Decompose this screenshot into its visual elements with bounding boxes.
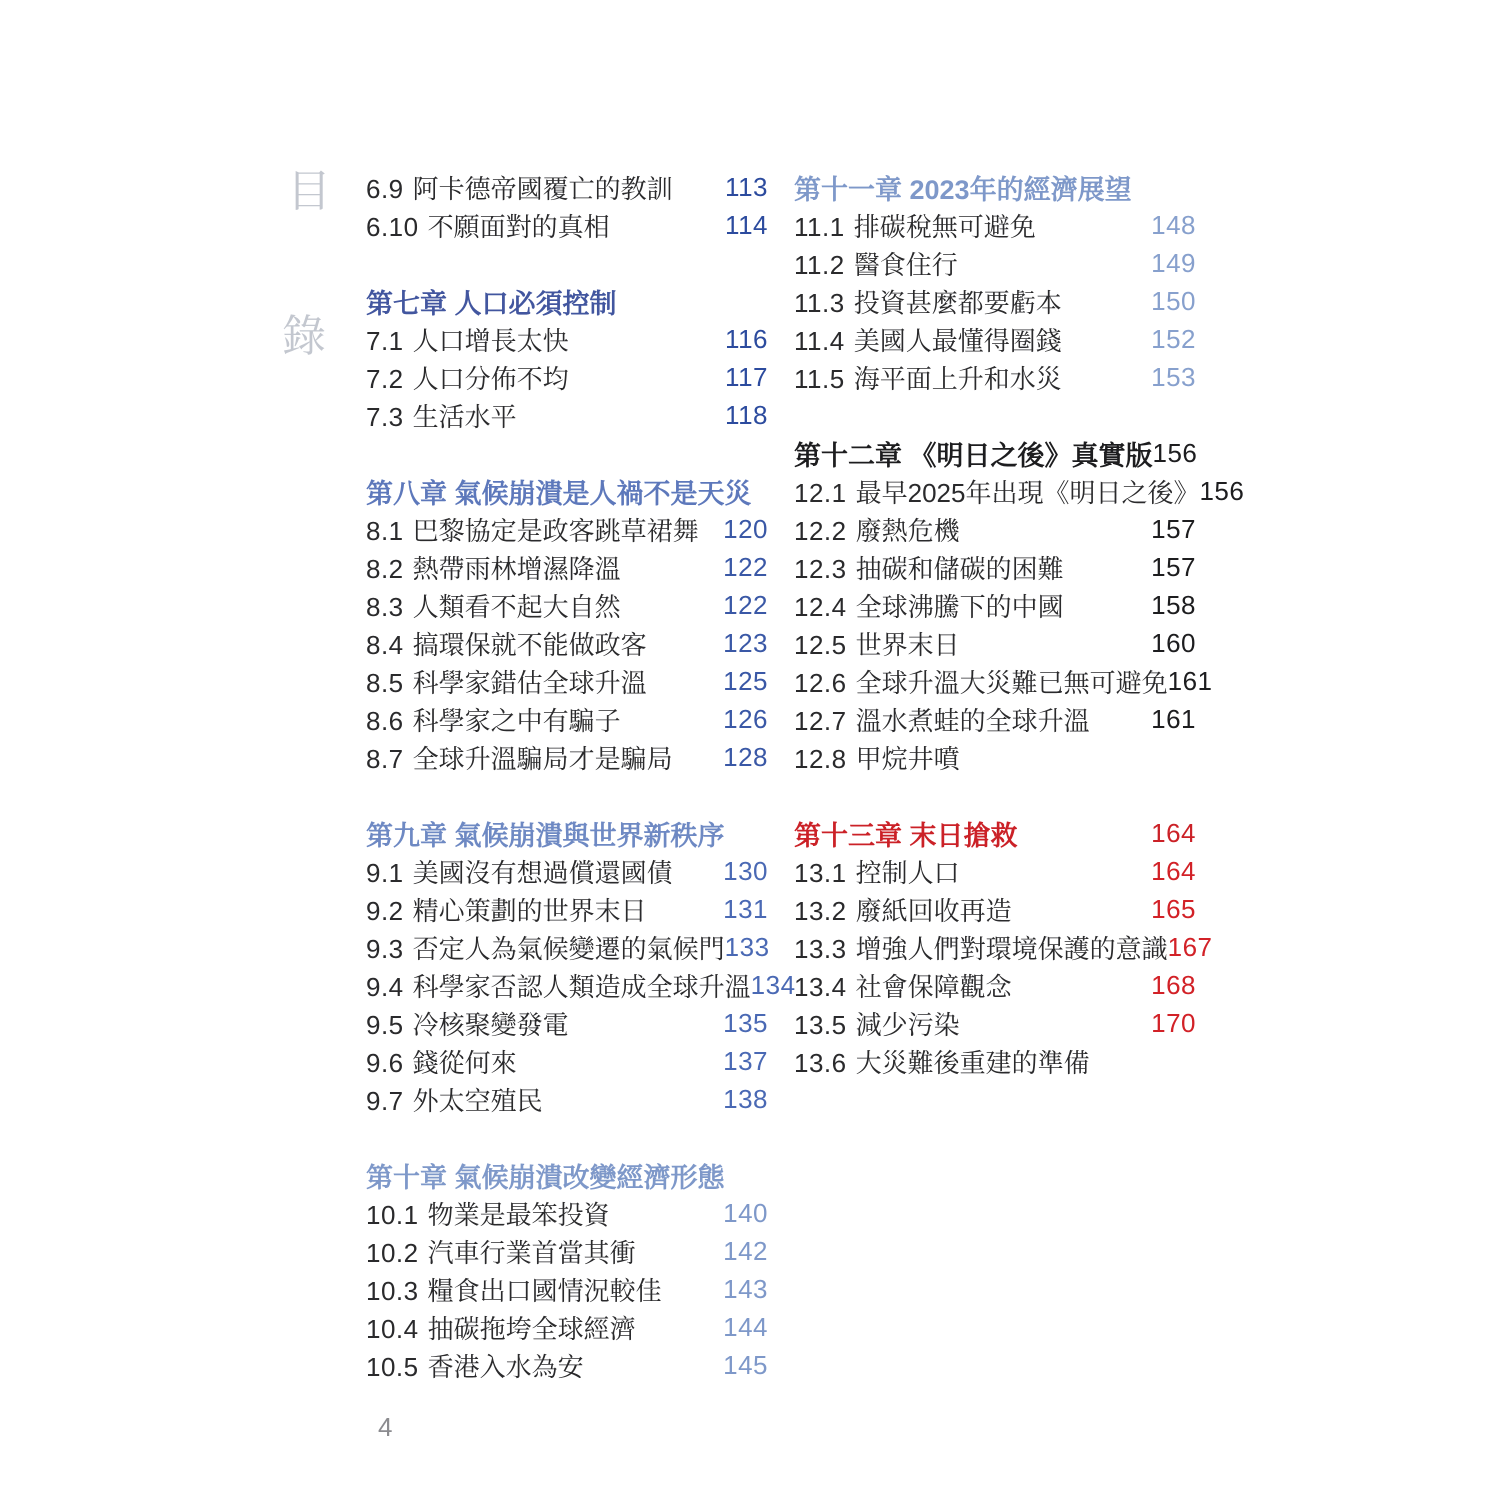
toc-entry-number: 12.5 (794, 630, 847, 660)
toc-entry-page: 160 (1151, 628, 1196, 659)
toc-entry-title: 全球升溫大災難已無可避免 (856, 668, 1168, 698)
toc-entry-number: 11.3 (794, 288, 845, 318)
toc-entry-number: 10.5 (366, 1352, 419, 1382)
toc-entry-page: 142 (723, 1236, 768, 1267)
chapter-heading: 第十章 氣候崩潰改變經濟形態 (366, 1156, 768, 1194)
toc-entry-page: 137 (723, 1046, 768, 1077)
toc-entry-number: 11.2 (794, 250, 845, 280)
toc-entry: 12.3抽碳和儲碳的困難157 (794, 548, 1196, 586)
toc-entry: 8.4搞環保就不能做政客123 (366, 624, 768, 662)
toc-entry-title: 科學家否認人類造成全球升溫 (413, 972, 751, 1002)
toc-entry: 9.1美國沒有想過償還國債130 (366, 852, 768, 890)
toc-entry-number: 10.2 (366, 1238, 419, 1268)
toc-entry: 11.2醫食住行149 (794, 244, 1196, 282)
toc-entry: 13.6大災難後重建的準備 (794, 1042, 1196, 1080)
chapter-heading-page: 164 (1151, 818, 1196, 849)
toc-entry-title: 抽碳和儲碳的困難 (856, 554, 1064, 584)
toc-entry-title: 人口分佈不均 (413, 364, 569, 394)
toc-entry-page: 122 (723, 590, 768, 621)
toc-entry-page: 148 (1151, 210, 1196, 241)
toc-entry: 12.7溫水煮蛙的全球升溫161 (794, 700, 1196, 738)
toc-entry-title: 廢熱危機 (856, 516, 960, 546)
toc-entry: 9.6錢從何來137 (366, 1042, 768, 1080)
toc-entry: 12.1最早2025年出現《明日之後》156 (794, 472, 1196, 510)
toc-entry: 12.6全球升溫大災難已無可避免161 (794, 662, 1196, 700)
toc-entry-number: 12.7 (794, 706, 847, 736)
toc-entry: 6.9阿卡德帝國覆亡的教訓113 (366, 168, 768, 206)
toc-entry-title: 糧食出口國情況較佳 (428, 1276, 662, 1306)
toc-entry: 8.5科學家錯估全球升溫125 (366, 662, 768, 700)
toc-entry-title: 廢紙回收再造 (856, 896, 1012, 926)
toc-entry-page: 161 (1151, 704, 1196, 735)
toc-entry-page: 138 (723, 1084, 768, 1115)
toc-entry-title: 熱帶雨林增濕降溫 (413, 554, 621, 584)
toc-entry-page: 164 (1151, 856, 1196, 887)
toc-entry-title: 增強人們對環境保護的意識 (856, 934, 1168, 964)
toc-entry-title: 科學家錯估全球升溫 (413, 668, 647, 698)
toc-entry: 11.5海平面上升和水災153 (794, 358, 1196, 396)
toc-entry-page: 158 (1151, 590, 1196, 621)
toc-entry-title: 美國沒有想過償還國債 (413, 858, 673, 888)
toc-entry-number: 9.4 (366, 972, 404, 1002)
toc-entry-number: 9.3 (366, 934, 404, 964)
toc-entry-page: 126 (723, 704, 768, 735)
toc-entry-page: 122 (723, 552, 768, 583)
toc-entry-page: 128 (723, 742, 768, 773)
chapter-heading: 第八章 氣候崩潰是人禍不是天災 (366, 472, 768, 510)
toc-column-right: 第十一章 2023年的經濟展望11.1排碳稅無可避免14811.2醫食住行149… (794, 168, 1196, 1080)
toc-entry: 11.1排碳稅無可避免148 (794, 206, 1196, 244)
toc-entry-page: 157 (1151, 514, 1196, 545)
toc-entry: 12.8甲烷井噴 (794, 738, 1196, 776)
toc-entry-title: 巴黎協定是政客跳草裙舞 (413, 516, 699, 546)
toc-entry: 13.5減少污染170 (794, 1004, 1196, 1042)
toc-entry-number: 7.2 (366, 364, 404, 394)
chapter-heading-page: 156 (1153, 438, 1198, 469)
toc-entry-number: 8.6 (366, 706, 404, 736)
toc-entry-title: 減少污染 (856, 1010, 960, 1040)
toc-entry-number: 12.1 (794, 478, 847, 508)
toc-entry-page: 145 (723, 1350, 768, 1381)
toc-entry-page: 140 (723, 1198, 768, 1229)
toc-entry-title: 人口增長太快 (413, 326, 569, 356)
toc-entry-number: 11.4 (794, 326, 845, 356)
toc-entry-number: 8.1 (366, 516, 404, 546)
toc-entry-title: 世界末日 (856, 630, 960, 660)
toc-entry-page: 157 (1151, 552, 1196, 583)
toc-entry-page: 150 (1151, 286, 1196, 317)
toc-entry-title: 精心策劃的世界末日 (413, 896, 647, 926)
page-number: 4 (378, 1412, 392, 1443)
toc-entry: 8.2熱帶雨林增濕降溫122 (366, 548, 768, 586)
toc-page: 目 錄 6.9阿卡德帝國覆亡的教訓1136.10不願面對的真相114第七章 人口… (0, 0, 1500, 1500)
toc-entry-page: 117 (725, 362, 768, 393)
chapter-heading: 第七章 人口必須控制 (366, 282, 768, 320)
toc-entry: 9.7外太空殖民138 (366, 1080, 768, 1118)
toc-entry-page: 133 (725, 932, 770, 963)
toc-entry-title: 控制人口 (856, 858, 960, 888)
toc-entry-title: 人類看不起大自然 (413, 592, 621, 622)
toc-entry-title: 汽車行業首當其衝 (428, 1238, 636, 1268)
toc-section: 6.9阿卡德帝國覆亡的教訓1136.10不願面對的真相114 (366, 168, 768, 244)
toc-entry-page: 113 (725, 172, 768, 203)
toc-entry: 9.5冷核聚變發電135 (366, 1004, 768, 1042)
toc-entry: 8.7全球升溫騙局才是騙局128 (366, 738, 768, 776)
toc-entry-title: 抽碳拖垮全球經濟 (428, 1314, 636, 1344)
toc-entry-title: 不願面對的真相 (428, 212, 610, 242)
toc-section: 第十二章 《明日之後》真實版15612.1最早2025年出現《明日之後》1561… (794, 434, 1196, 776)
toc-entry-title: 美國人最懂得圈錢 (854, 326, 1062, 356)
chapter-heading-text: 第八章 氣候崩潰是人禍不是天災 (366, 472, 752, 511)
toc-entry-title: 物業是最笨投資 (428, 1200, 610, 1230)
toc-column-left: 6.9阿卡德帝國覆亡的教訓1136.10不願面對的真相114第七章 人口必須控制… (366, 168, 768, 1384)
toc-entry-title: 否定人為氣候變遷的氣候門 (413, 934, 725, 964)
toc-entry-title: 外太空殖民 (413, 1086, 543, 1116)
toc-entry-title: 社會保障觀念 (856, 972, 1012, 1002)
toc-entry-number: 7.1 (366, 326, 404, 356)
toc-entry-page: 114 (725, 210, 768, 241)
toc-section: 第十章 氣候崩潰改變經濟形態10.1物業是最笨投資14010.2汽車行業首當其衝… (366, 1156, 768, 1384)
toc-entry-number: 13.1 (794, 858, 847, 888)
toc-entry: 10.2汽車行業首當其衝142 (366, 1232, 768, 1270)
toc-entry-number: 10.1 (366, 1200, 419, 1230)
toc-section: 第七章 人口必須控制7.1人口增長太快1167.2人口分佈不均1177.3生活水… (366, 282, 768, 434)
toc-entry-title: 投資甚麼都要虧本 (854, 288, 1062, 318)
toc-entry-number: 13.6 (794, 1048, 847, 1078)
toc-entry-number: 7.3 (366, 402, 404, 432)
toc-entry: 12.2廢熱危機157 (794, 510, 1196, 548)
toc-entry-number: 8.5 (366, 668, 404, 698)
toc-entry-page: 131 (723, 894, 768, 925)
chapter-heading-text: 第十三章 末日搶救 (794, 814, 1018, 853)
toc-entry-title: 錢從何來 (413, 1048, 517, 1078)
toc-entry-page: 149 (1151, 248, 1196, 279)
toc-entry: 11.4美國人最懂得圈錢152 (794, 320, 1196, 358)
toc-entry: 12.4全球沸騰下的中國158 (794, 586, 1196, 624)
toc-entry-page: 135 (723, 1008, 768, 1039)
toc-entry-number: 12.2 (794, 516, 847, 546)
toc-entry-title: 甲烷井噴 (856, 744, 960, 774)
toc-entry: 10.1物業是最笨投資140 (366, 1194, 768, 1232)
toc-entry-title: 全球沸騰下的中國 (856, 592, 1064, 622)
toc-entry: 7.3生活水平118 (366, 396, 768, 434)
chapter-heading: 第十二章 《明日之後》真實版156 (794, 434, 1196, 472)
toc-entry-title: 搞環保就不能做政客 (413, 630, 647, 660)
toc-entry: 13.1控制人口164 (794, 852, 1196, 890)
toc-entry-number: 8.7 (366, 744, 404, 774)
toc-entry: 8.6科學家之中有騙子126 (366, 700, 768, 738)
toc-entry-number: 12.3 (794, 554, 847, 584)
toc-entry-number: 6.10 (366, 212, 419, 242)
toc-entry-number: 13.2 (794, 896, 847, 926)
toc-entry-page: 123 (723, 628, 768, 659)
toc-entry-number: 9.7 (366, 1086, 404, 1116)
toc-entry-number: 9.6 (366, 1048, 404, 1078)
toc-entry-page: 130 (723, 856, 768, 887)
toc-entry: 13.4社會保障觀念168 (794, 966, 1196, 1004)
toc-entry-number: 9.5 (366, 1010, 404, 1040)
toc-entry-number: 12.8 (794, 744, 847, 774)
toc-entry: 8.1巴黎協定是政客跳草裙舞120 (366, 510, 768, 548)
toc-entry-title: 全球升溫騙局才是騙局 (413, 744, 673, 774)
toc-entry-title: 海平面上升和水災 (854, 364, 1062, 394)
toc-entry-title: 科學家之中有騙子 (413, 706, 621, 736)
toc-entry: 9.4科學家否認人類造成全球升溫134 (366, 966, 768, 1004)
toc-section: 第十三章 末日搶救16413.1控制人口16413.2廢紙回收再造16513.3… (794, 814, 1196, 1080)
toc-title-char-mu: 目 (287, 170, 331, 214)
toc-entry-page: 118 (725, 400, 768, 431)
toc-entry: 12.5世界末日160 (794, 624, 1196, 662)
chapter-heading: 第九章 氣候崩潰與世界新秩序 (366, 814, 768, 852)
toc-entry-page: 165 (1151, 894, 1196, 925)
toc-section: 第十一章 2023年的經濟展望11.1排碳稅無可避免14811.2醫食住行149… (794, 168, 1196, 396)
toc-entry-page: 156 (1199, 476, 1244, 507)
toc-entry: 10.3糧食出口國情況較佳143 (366, 1270, 768, 1308)
toc-entry: 8.3人類看不起大自然122 (366, 586, 768, 624)
toc-entry: 13.2廢紙回收再造165 (794, 890, 1196, 928)
toc-entry: 11.3投資甚麼都要虧本150 (794, 282, 1196, 320)
toc-entry-page: 116 (725, 324, 768, 355)
toc-entry-page: 152 (1151, 324, 1196, 355)
toc-entry-number: 10.3 (366, 1276, 419, 1306)
toc-section: 第九章 氣候崩潰與世界新秩序9.1美國沒有想過償還國債1309.2精心策劃的世界… (366, 814, 768, 1118)
toc-entry-title: 冷核聚變發電 (413, 1010, 569, 1040)
toc-entry-title: 大災難後重建的準備 (856, 1048, 1090, 1078)
toc-entry-title: 醫食住行 (854, 250, 958, 280)
toc-title-char-lu: 錄 (282, 315, 326, 359)
toc-entry-number: 13.4 (794, 972, 847, 1002)
toc-entry-number: 6.9 (366, 174, 404, 204)
toc-entry: 10.5香港入水為安145 (366, 1346, 768, 1384)
toc-entry-number: 8.4 (366, 630, 404, 660)
chapter-heading: 第十一章 2023年的經濟展望 (794, 168, 1196, 206)
toc-entry-page: 161 (1168, 666, 1213, 697)
toc-entry: 13.3增強人們對環境保護的意識167 (794, 928, 1196, 966)
toc-entry-title: 最早2025年出現《明日之後》 (856, 478, 1200, 508)
toc-entry-page: 134 (751, 970, 796, 1001)
chapter-heading-text: 第十二章 《明日之後》真實版 (794, 434, 1153, 473)
toc-entry-number: 12.6 (794, 668, 847, 698)
toc-entry-number: 10.4 (366, 1314, 419, 1344)
chapter-heading-text: 第九章 氣候崩潰與世界新秩序 (366, 814, 725, 853)
toc-entry-page: 170 (1151, 1008, 1196, 1039)
toc-entry-page: 144 (723, 1312, 768, 1343)
toc-entry-page: 120 (723, 514, 768, 545)
toc-entry-title: 香港入水為安 (428, 1352, 584, 1382)
toc-entry-page: 153 (1151, 362, 1196, 393)
toc-entry-number: 9.1 (366, 858, 404, 888)
toc-entry: 7.1人口增長太快116 (366, 320, 768, 358)
toc-entry-number: 11.1 (794, 212, 845, 242)
toc-entry: 9.2精心策劃的世界末日131 (366, 890, 768, 928)
toc-entry: 7.2人口分佈不均117 (366, 358, 768, 396)
toc-section: 第八章 氣候崩潰是人禍不是天災8.1巴黎協定是政客跳草裙舞1208.2熱帶雨林增… (366, 472, 768, 776)
toc-entry: 9.3否定人為氣候變遷的氣候門133 (366, 928, 768, 966)
toc-entry-number: 13.5 (794, 1010, 847, 1040)
toc-entry-page: 168 (1151, 970, 1196, 1001)
chapter-heading-text: 第七章 人口必須控制 (366, 282, 617, 321)
toc-entry-number: 8.3 (366, 592, 404, 622)
chapter-heading: 第十三章 末日搶救164 (794, 814, 1196, 852)
toc-entry: 6.10不願面對的真相114 (366, 206, 768, 244)
toc-entry-title: 阿卡德帝國覆亡的教訓 (413, 174, 673, 204)
toc-entry-page: 125 (723, 666, 768, 697)
toc-entry: 10.4抽碳拖垮全球經濟144 (366, 1308, 768, 1346)
toc-entry-title: 生活水平 (413, 402, 517, 432)
toc-entry-title: 排碳稅無可避免 (854, 212, 1036, 242)
toc-entry-number: 9.2 (366, 896, 404, 926)
toc-entry-title: 溫水煮蛙的全球升溫 (856, 706, 1090, 736)
toc-entry-number: 8.2 (366, 554, 404, 584)
chapter-heading-text: 第十一章 2023年的經濟展望 (794, 168, 1132, 207)
toc-entry-number: 12.4 (794, 592, 847, 622)
toc-entry-page: 143 (723, 1274, 768, 1305)
toc-entry-number: 11.5 (794, 364, 845, 394)
toc-entry-number: 13.3 (794, 934, 847, 964)
toc-entry-page: 167 (1168, 932, 1213, 963)
chapter-heading-text: 第十章 氣候崩潰改變經濟形態 (366, 1156, 725, 1195)
